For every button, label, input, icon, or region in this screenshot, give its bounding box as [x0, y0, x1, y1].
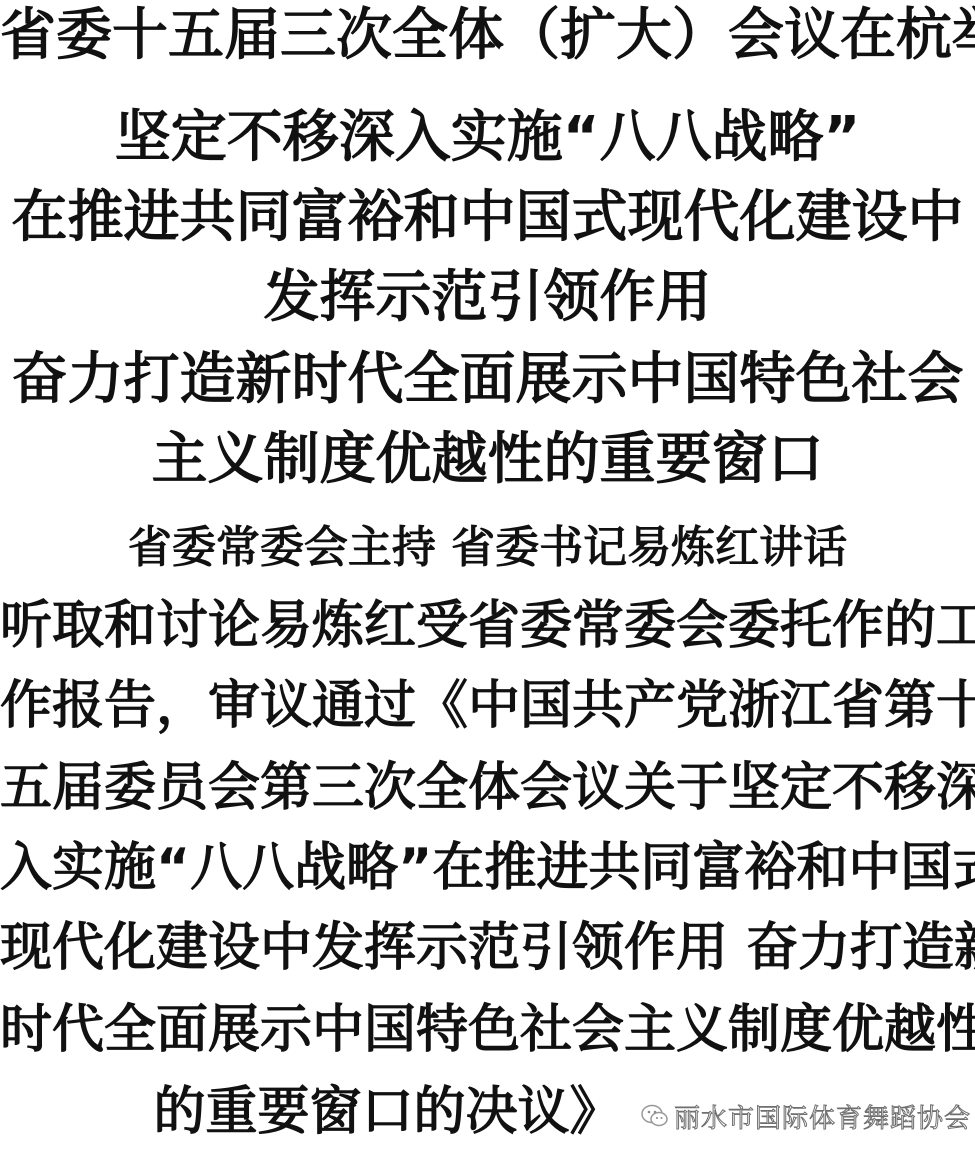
- body-line-2: 作报告，审议通过《中国共产党浙江省第十: [0, 680, 975, 732]
- body-line-3: 五届委员会第三次全体会议关于坚定不移深: [0, 762, 975, 814]
- headline-line-1: 省委十五届三次全体（扩大）会议在杭举行: [0, 8, 975, 64]
- headline-line-5: 奋力打造新时代全面展示中国特色社会: [0, 352, 975, 408]
- headline-line-6: 主义制度优越性的重要窗口: [0, 432, 975, 488]
- headline-line-2: 坚定不移深入实施“八八战略”: [0, 110, 975, 166]
- watermark: 丽水市国际体育舞蹈协会: [640, 1098, 971, 1134]
- headline-line-3: 在推进共同富裕和中国式现代化建设中: [0, 190, 975, 246]
- document-page: 省委十五届三次全体（扩大）会议在杭举行 坚定不移深入实施“八八战略” 在推进共同…: [0, 0, 975, 1159]
- headline-line-4: 发挥示范引领作用: [0, 270, 975, 326]
- wechat-icon: [640, 1101, 670, 1131]
- body-line-6: 时代全面展示中国特色社会主义制度优越性: [0, 1004, 975, 1056]
- body-line-4: 入实施“八八战略”在推进共同富裕和中国式: [0, 842, 975, 894]
- subheadline: 省委常委会主持 省委书记易炼红讲话: [0, 526, 975, 570]
- body-line-5: 现代化建设中发挥示范引领作用 奋力打造新: [0, 922, 975, 974]
- body-line-1: 听取和讨论易炼红受省委常委会委托作的工: [0, 600, 975, 652]
- watermark-text: 丽水市国际体育舞蹈协会: [674, 1098, 971, 1135]
